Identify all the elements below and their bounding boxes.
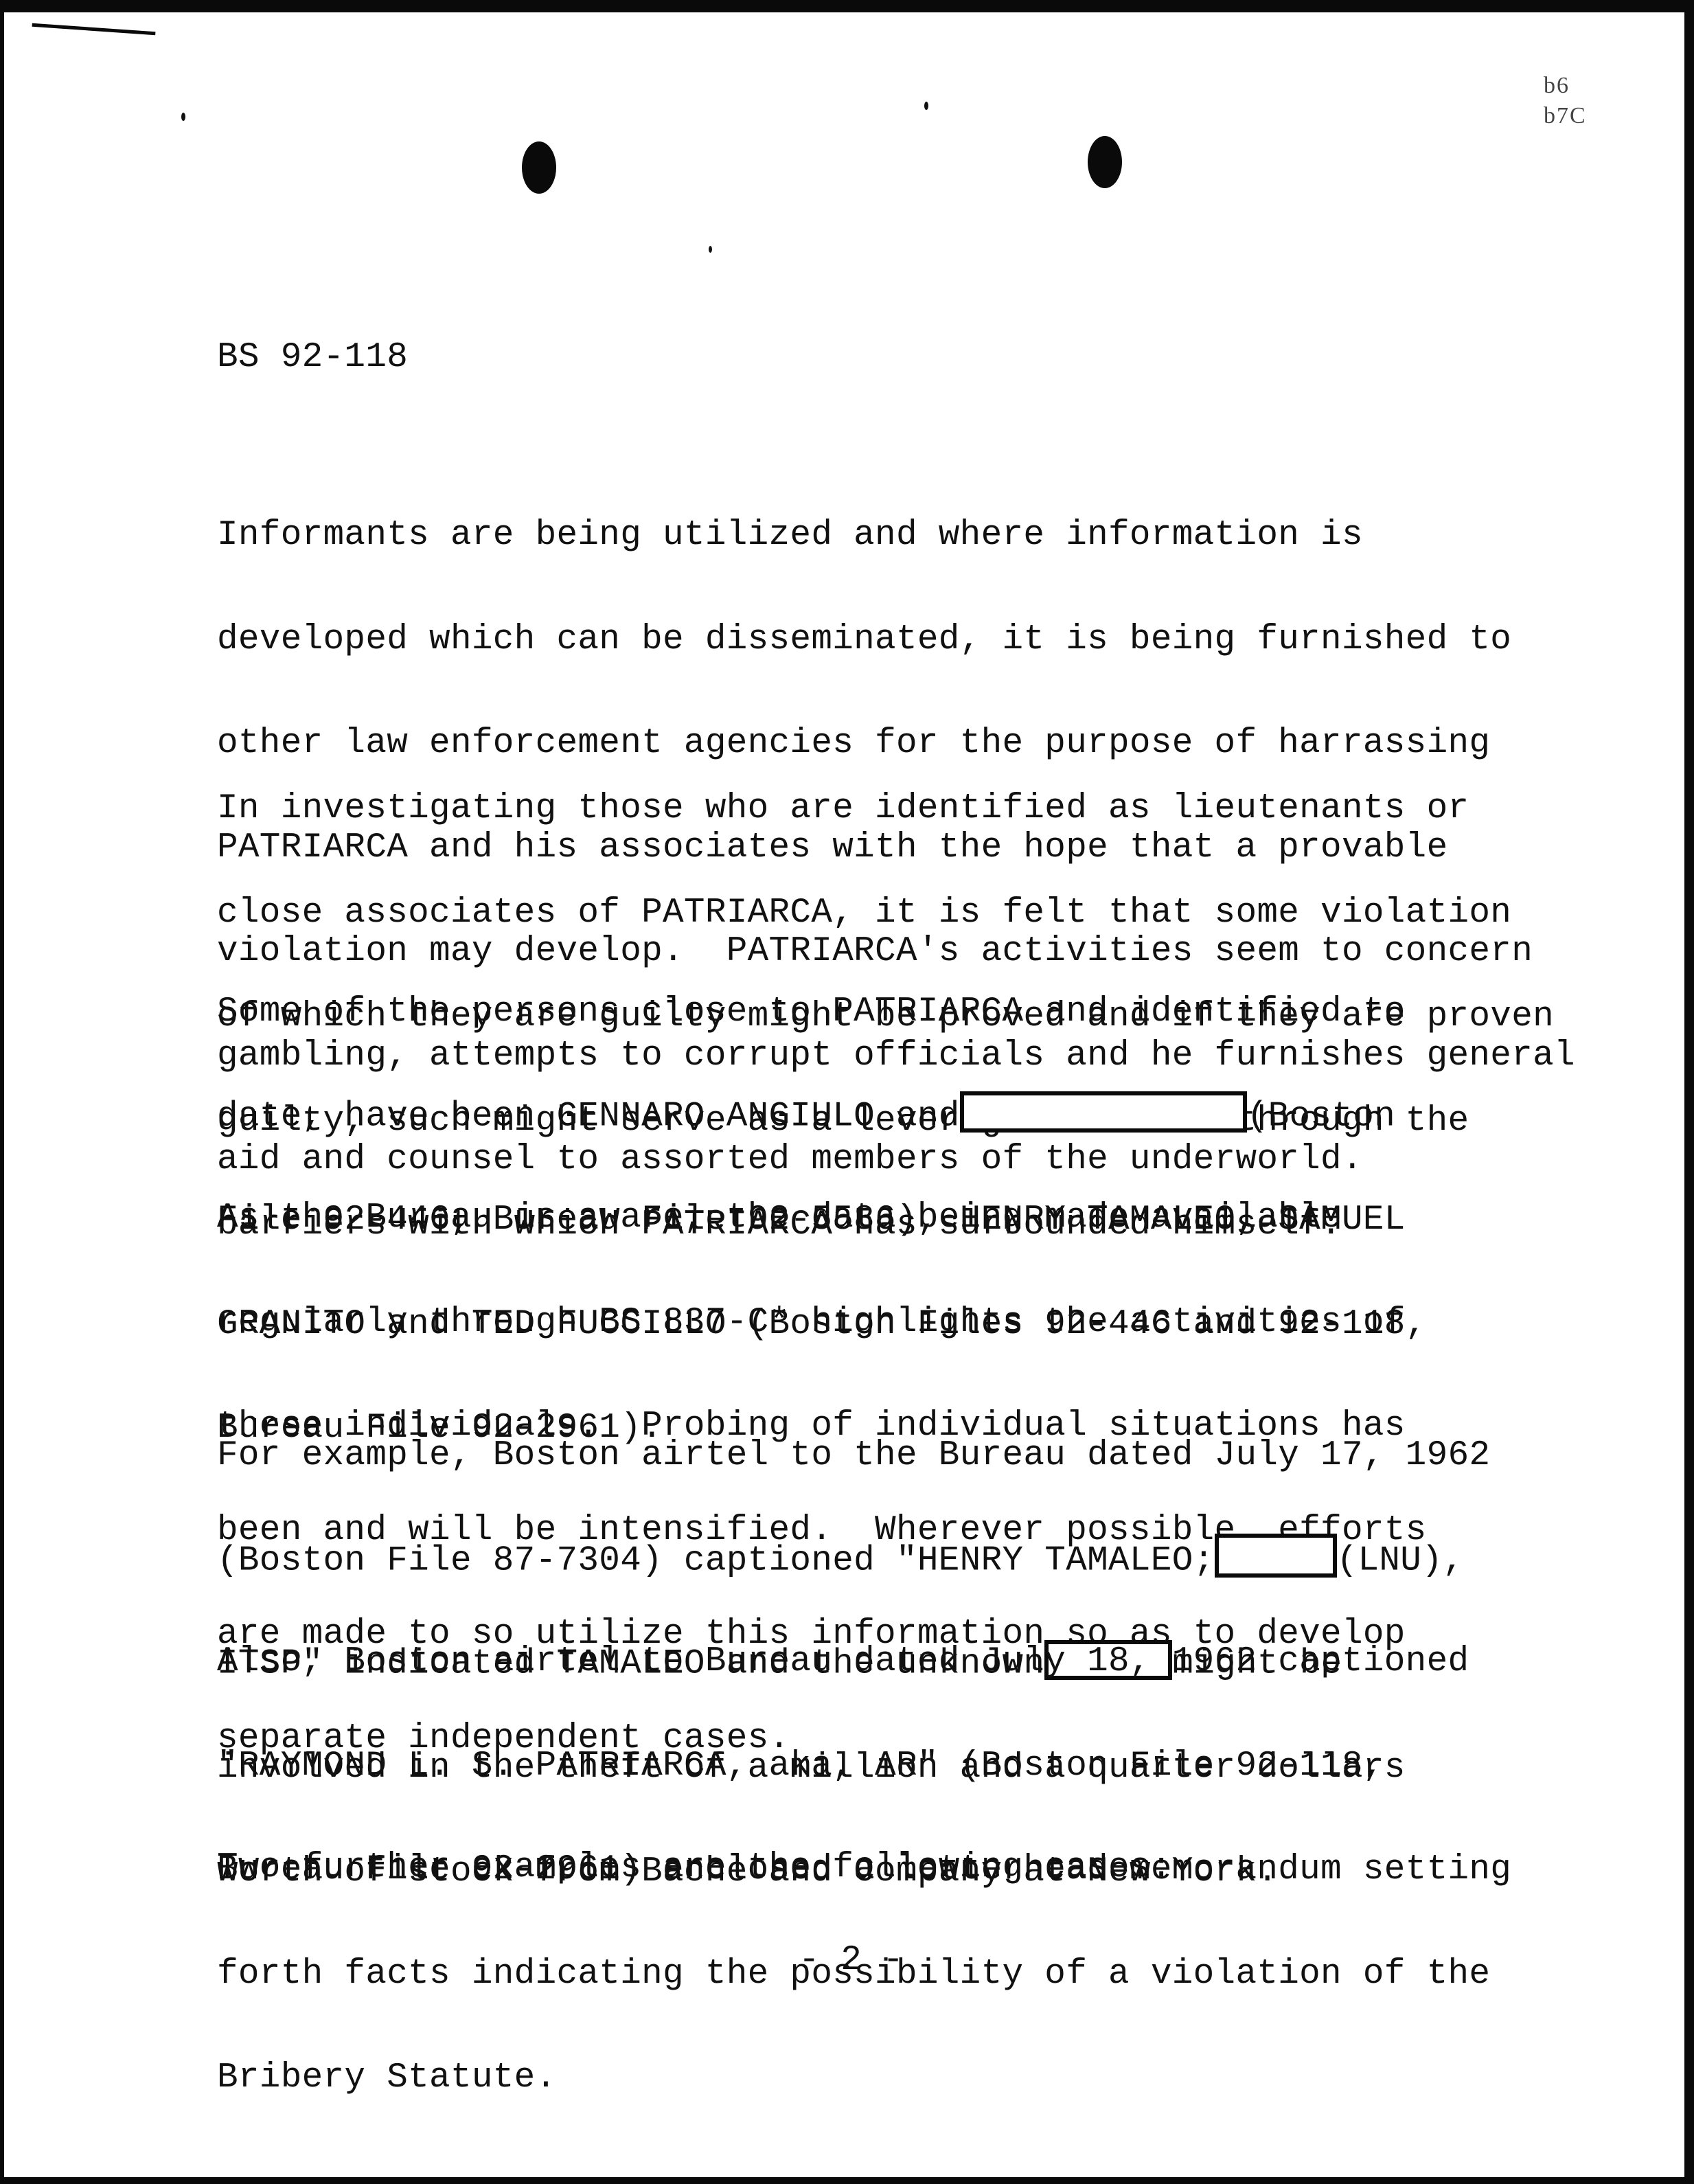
paragraph-further-examples: Two further examples are the following c… — [217, 1782, 1172, 1955]
scan-speck — [924, 102, 928, 110]
redaction-box — [960, 1091, 1247, 1133]
scan-corner-mark — [32, 23, 156, 45]
scan-speck — [709, 246, 712, 253]
foia-exemption-codes: b6 b7C — [1544, 71, 1587, 131]
text-line: Informants are being utilized and where … — [217, 519, 1575, 554]
text-line: Two further examples are the following c… — [217, 1851, 1172, 1886]
text-line: As the Bureau is aware, the data being m… — [217, 1201, 1427, 1236]
text-fragment: (Boston — [1247, 1097, 1395, 1136]
exemption-code: b7C — [1544, 101, 1587, 131]
text-line-with-redaction: date, have been GENNARO ANGIULO and(Bost… — [217, 1100, 1427, 1135]
text-line: For example, Boston airtel to the Bureau… — [217, 1439, 1490, 1474]
text-line: "RAYMOND L. S. PATRIARCA, aka, AR" (Bost… — [217, 1749, 1511, 1784]
scan-speck — [181, 113, 185, 121]
text-fragment: date, have been GENNARO ANGIULO and — [217, 1097, 960, 1136]
text-fragment: (LNU), — [1337, 1541, 1464, 1580]
document-page: b6 b7C BS 92-118 Informants are being ut… — [0, 0, 1694, 2184]
file-number: BS 92-118 — [217, 341, 408, 376]
text-line: Bribery Statute. — [217, 2061, 1511, 2096]
page-number: - 2 - — [4, 1941, 1694, 1980]
text-line-with-redaction: (Boston File 87-7304) captioned "HENRY T… — [217, 1543, 1490, 1578]
text-line: Also, Boston airtel to Bureau dated July… — [217, 1645, 1511, 1680]
punch-hole — [1088, 136, 1122, 188]
exemption-code: b6 — [1544, 71, 1587, 101]
text-line: Some of the persons close to PATRIARCA a… — [217, 995, 1427, 1030]
text-line: In investigating those who are identifie… — [217, 792, 1554, 827]
text-line: regularly through BS 837-C* highlights t… — [217, 1306, 1427, 1341]
text-line: developed which can be disseminated, it … — [217, 623, 1575, 658]
redaction-box — [1215, 1534, 1337, 1578]
punch-hole — [522, 141, 556, 194]
text-fragment: (Boston File 87-7304) captioned "HENRY T… — [217, 1541, 1215, 1580]
